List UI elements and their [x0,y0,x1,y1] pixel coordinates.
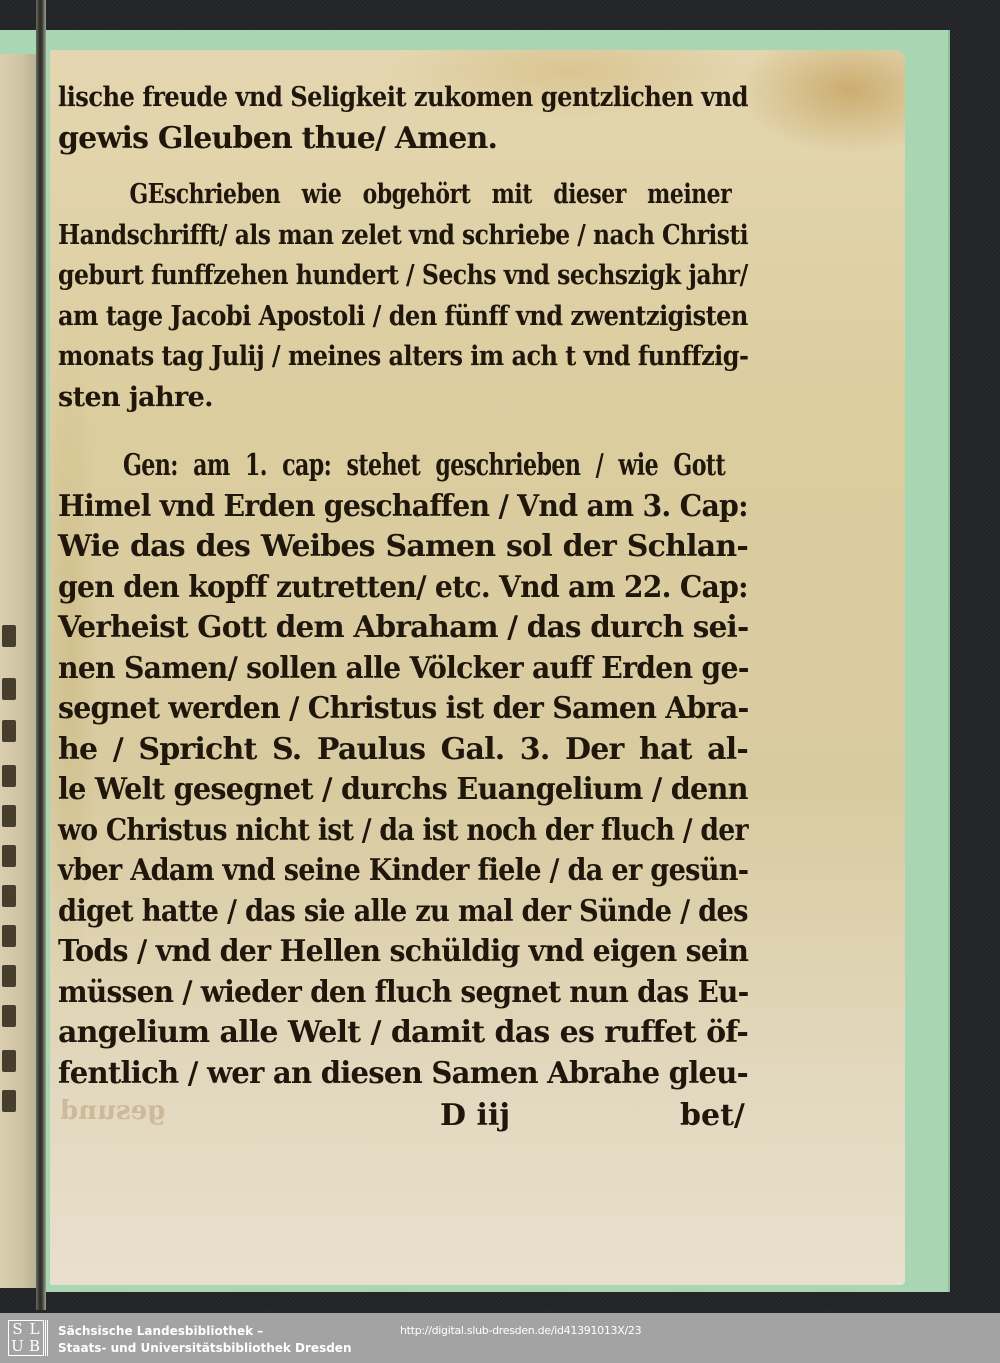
text-line: geburt funffzehen hundert / Sechs vnd se… [58,256,748,297]
text-line: gewis Gleuben thue/ Amen. [58,119,758,160]
text-line: Wie das des Weibes Samen sol der Schlan- [58,527,748,568]
text-line: wo Christus nicht ist / da ist noch der … [58,811,748,852]
text-line: Gen: am 1. cap: stehet geschrieben / wie… [58,446,725,487]
text-line: fentlich / wer an diesen Samen Abrahe gl… [58,1054,748,1095]
facing-page-mount [0,30,36,54]
institution-line-1: Sächsische Landesbibliothek – [58,1323,351,1340]
facing-page-glyph [2,885,16,907]
facing-page-glyph [2,845,16,867]
text-line: he / Spricht S. Paulus Gal. 3. Der hat a… [58,730,748,771]
text-line: Himel vnd Erden geschaffen / Vnd am 3. C… [58,487,748,528]
scan-background: lische freude vnd Seligkeit zukomen gent… [0,0,1000,1310]
bleed-through-text: gesund [60,1096,165,1126]
facing-page-glyph [2,1050,16,1072]
logo-letter: S [9,1321,26,1338]
facing-page-glyph [2,805,16,827]
facing-page-glyph [2,720,16,742]
text-line: monats tag Julij / meines alters im ach … [58,337,748,378]
text-line: Handschrifft/ als man zelet vnd schriebe… [58,216,748,257]
catchword: bet/ [680,1098,745,1133]
facing-page-glyph [2,1005,16,1027]
page-text: lische freude vnd Seligkeit zukomen gent… [58,78,758,1094]
slub-logo: S L U B [8,1320,44,1356]
text-line: angelium alle Welt / damit das es ruffet… [58,1013,748,1054]
text-line: lische freude vnd Seligkeit zukomen gent… [58,78,748,119]
facing-page-edge [0,30,36,1288]
text-line: le Welt gesegnet / durchs Euangelium / d… [58,770,748,811]
facing-page-glyph [2,1090,16,1112]
book-gutter [36,0,46,1310]
facing-page-glyph [2,925,16,947]
logo-letter: B [26,1338,43,1355]
text-line: nen Samen/ sollen alle Völcker auff Erde… [58,649,748,690]
text-line: sten jahre. [58,378,758,419]
permalink-url[interactable]: http://digital.slub-dresden.de/id4139101… [400,1324,641,1337]
facing-page-glyph [2,625,16,647]
facing-page-glyph [2,678,16,700]
logo-letter: U [9,1338,26,1355]
library-footer: S L U B Sächsische Landesbibliothek – St… [0,1313,1000,1363]
text-line: Tods / vnd der Hellen schüldig vnd eigen… [58,932,748,973]
text-line: müssen / wieder den fluch segnet nun das… [58,973,748,1014]
institution-name: Sächsische Landesbibliothek – Staats- un… [58,1323,351,1357]
text-line: gen den kopff zutretten/ etc. Vnd am 22.… [58,568,748,609]
logo-letter: L [26,1321,43,1338]
signature-mark: D iij [440,1098,510,1133]
logo-bar [45,1320,48,1356]
facing-page-glyph [2,765,16,787]
text-line: am tage Jacobi Apostoli / den fünff vnd … [58,297,748,338]
text-line: GEschrieben wie obgehört mit dieser mein… [58,175,731,216]
institution-line-2: Staats- und Universitätsbibliothek Dresd… [58,1340,351,1357]
text-line: Verheist Gott dem Abraham / das durch se… [58,608,748,649]
text-line: vber Adam vnd seine Kinder fiele / da er… [58,851,748,892]
text-line: diget hatte / das sie alle zu mal der Sü… [58,892,748,933]
facing-page-glyph [2,965,16,987]
text-line: segnet werden / Christus ist der Samen A… [58,689,748,730]
